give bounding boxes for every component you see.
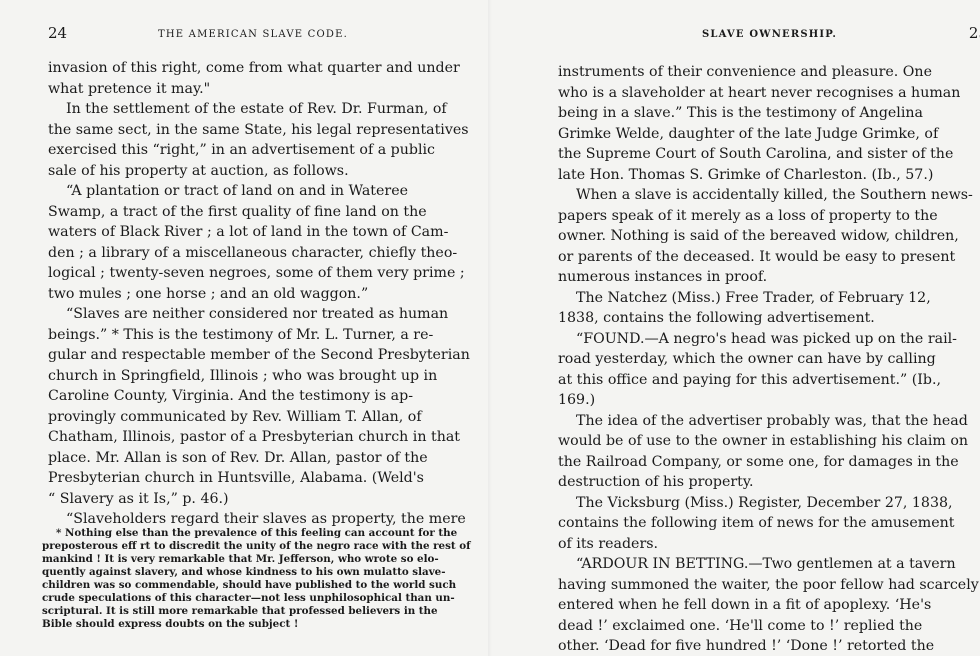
text-line: or parents of the deceased. It would be …: [558, 247, 980, 268]
text-line: two mules ; one horse ; and an old waggo…: [48, 284, 472, 305]
text-line: place. Mr. Allan is son of Rev. Dr. Alla…: [48, 448, 472, 469]
text-line: Caroline County, Virginia. And the testi…: [48, 386, 472, 407]
footnote-line: mankind ! It is very remarkable that Mr.…: [42, 553, 462, 566]
footnote-line: crude speculations of this character—not…: [42, 592, 462, 605]
footnote-line: * Nothing else than the prevalence of th…: [42, 527, 462, 540]
footnote-line: quently against slavery, and whose kindn…: [42, 566, 462, 579]
text-line: logical ; twenty-seven negroes, some of …: [48, 263, 472, 284]
page-number: 25: [969, 24, 980, 42]
running-title: THE AMERICAN SLAVE CODE.: [158, 29, 348, 40]
text-line: church in Springfield, Illinois ; who wa…: [48, 366, 472, 387]
text-line: invasion of this right, come from what q…: [48, 58, 472, 79]
text-line: The Vicksburg (Miss.) Register, December…: [558, 493, 980, 514]
page-number: 24: [48, 24, 67, 42]
text-line: the Railroad Company, or some one, for d…: [558, 452, 980, 473]
footnote-line: children was so commendable, should have…: [42, 579, 462, 592]
text-line: the same sect, in the same State, his le…: [48, 120, 472, 141]
text-line: numerous instances in proof.: [558, 267, 980, 288]
text-line: would be of use to the owner in establis…: [558, 431, 980, 452]
text-line: of its readers.: [558, 534, 980, 555]
footnote-line: Bible should express doubts on the subje…: [42, 618, 462, 631]
text-line: den ; a library of a miscellaneous chara…: [48, 243, 472, 264]
text-line: “Slaves are neither considered nor treat…: [48, 304, 472, 325]
text-line: The Natchez (Miss.) Free Trader, of Febr…: [558, 288, 980, 309]
left-page: 24 THE AMERICAN SLAVE CODE. invasion of …: [0, 0, 490, 656]
text-line: what pretence it may.": [48, 79, 472, 100]
text-line: 1838, contains the following advertiseme…: [558, 308, 980, 329]
text-line: gular and respectable member of the Seco…: [48, 345, 472, 366]
text-line: having summoned the waiter, the poor fel…: [558, 575, 980, 596]
text-line: other. ‘Dead for five hundred !’ ‘Done !…: [558, 636, 980, 656]
text-line: “A plantation or tract of land on and in…: [48, 181, 472, 202]
text-line: Chatham, Illinois, pastor of a Presbyter…: [48, 427, 472, 448]
text-line: road yesterday, which the owner can have…: [558, 349, 980, 370]
text-line: instruments of their convenience and ple…: [558, 62, 980, 83]
right-page-header: SLAVE OWNERSHIP. 25: [490, 27, 980, 45]
text-line: at this office and paying for this adver…: [558, 370, 980, 391]
text-line: provingly communicated by Rev. William T…: [48, 407, 472, 428]
right-page-body: instruments of their convenience and ple…: [558, 62, 980, 656]
text-line: destruction of his property.: [558, 472, 980, 493]
text-line: 169.): [558, 390, 980, 411]
text-line: sale of his property at auction, as foll…: [48, 161, 472, 182]
left-page-body: invasion of this right, come from what q…: [48, 58, 472, 530]
text-line: who is a slaveholder at heart never reco…: [558, 83, 980, 104]
footnote: * Nothing else than the prevalence of th…: [42, 527, 462, 631]
running-title: SLAVE OWNERSHIP.: [702, 29, 837, 40]
text-line: waters of Black River ; a lot of land in…: [48, 222, 472, 243]
text-line: In the settlement of the estate of Rev. …: [48, 99, 472, 120]
text-line: dead !’ exclaimed one. ‘He'll come to !’…: [558, 616, 980, 637]
text-line: being in a slave.” This is the testimony…: [558, 103, 980, 124]
text-line: Presbyterian church in Huntsville, Alaba…: [48, 468, 472, 489]
text-line: exercised this “right,” in an advertisem…: [48, 140, 472, 161]
text-line: beings.” * This is the testimony of Mr. …: [48, 325, 472, 346]
footnote-line: preposterous eff rt to discredit the uni…: [42, 540, 462, 553]
left-page-header: 24 THE AMERICAN SLAVE CODE.: [48, 27, 473, 45]
text-line: Swamp, a tract of the first quality of f…: [48, 202, 472, 223]
text-line: “FOUND.—A negro's head was picked up on …: [558, 329, 980, 350]
text-line: contains the following item of news for …: [558, 513, 980, 534]
text-line: The idea of the advertiser probably was,…: [558, 411, 980, 432]
text-line: “ Slavery as it Is,” p. 46.): [48, 489, 472, 510]
text-line: papers speak of it merely as a loss of p…: [558, 206, 980, 227]
text-line: owner. Nothing is said of the bereaved w…: [558, 226, 980, 247]
text-line: Grimke Welde, daughter of the late Judge…: [558, 124, 980, 145]
right-page: SLAVE OWNERSHIP. 25 instruments of their…: [490, 0, 980, 656]
text-line: late Hon. Thomas S. Grimke of Charleston…: [558, 165, 980, 186]
text-line: When a slave is accidentally killed, the…: [558, 185, 980, 206]
text-line: “ARDOUR IN BETTING.—Two gentlemen at a t…: [558, 554, 980, 575]
text-line: the Supreme Court of South Carolina, and…: [558, 144, 980, 165]
text-line: entered when he fell down in a fit of ap…: [558, 595, 980, 616]
footnote-line: scriptural. It is still more remarkable …: [42, 605, 462, 618]
